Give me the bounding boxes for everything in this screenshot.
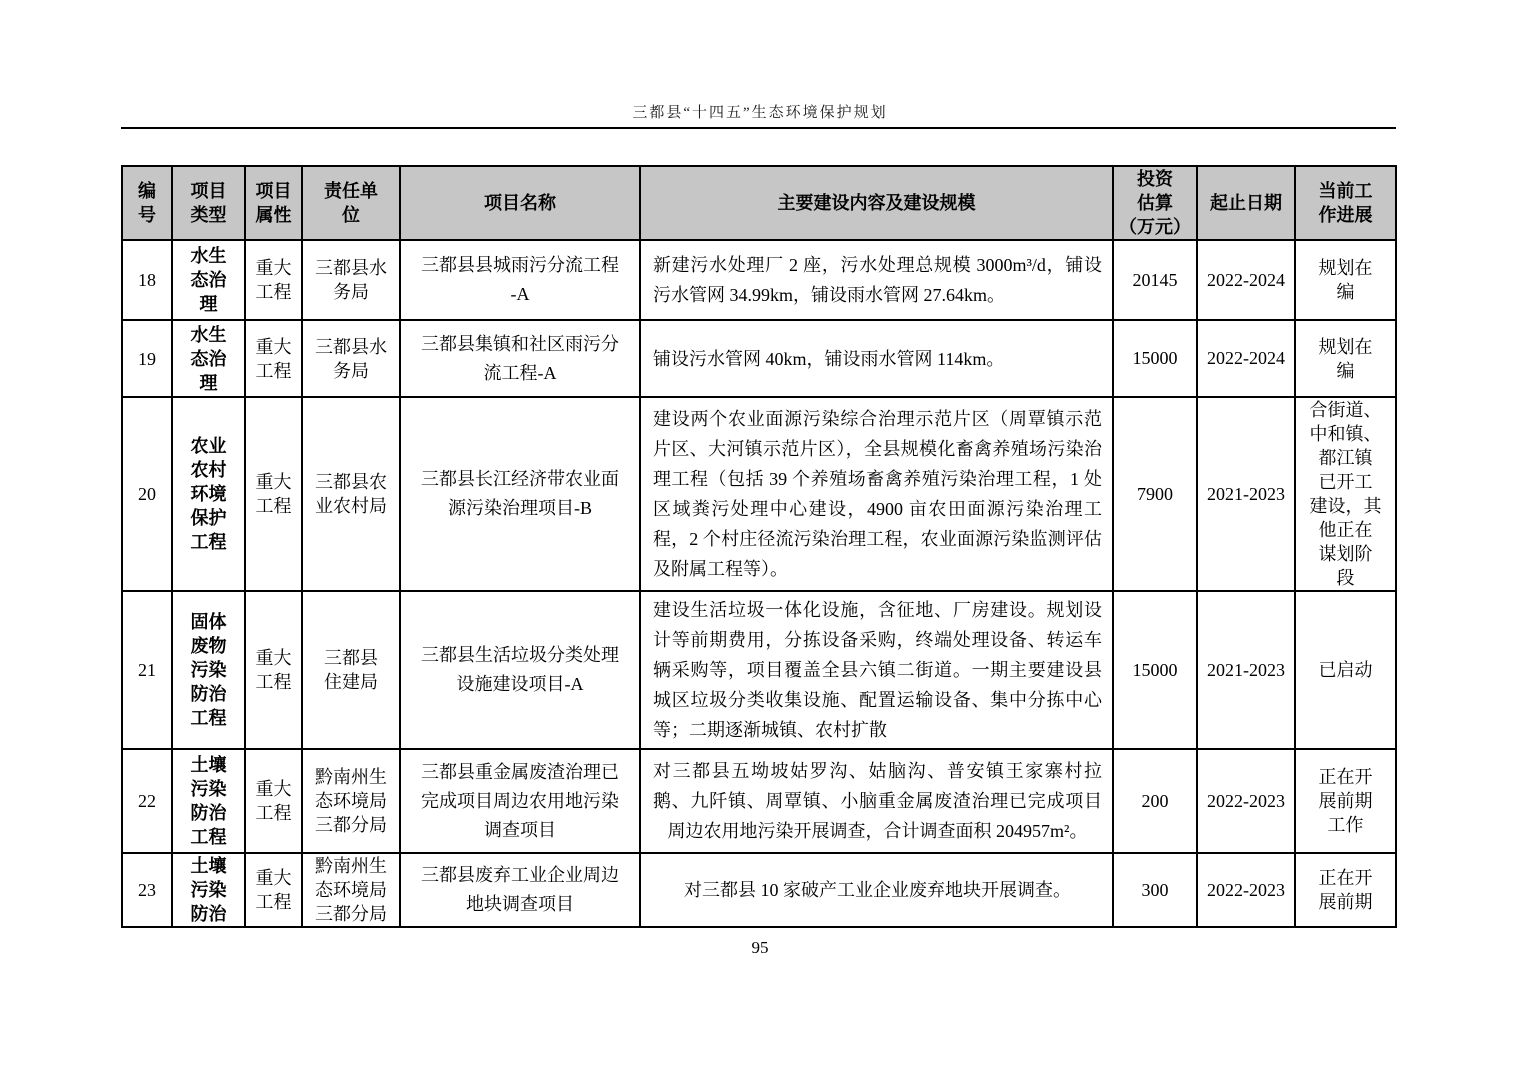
column-header-investment: 投资 估算 （万元） — [1113, 166, 1197, 240]
row20-unit-cell: 三都县农 业农村局 — [302, 397, 400, 591]
row19-dates-cell: 2022-2024 — [1197, 320, 1295, 397]
row22-progress-cell: 正在开 展前期 工作 — [1295, 749, 1396, 853]
row18-type-cell: 水生 态治 理 — [172, 240, 245, 320]
row21-type-cell: 固体 废物 污染 防治 工程 — [172, 591, 245, 749]
row22-dates-cell: 2022-2023 — [1197, 749, 1295, 853]
column-header-content: 主要建设内容及建设规模 — [640, 166, 1113, 240]
table-row-18: 18 水生 态治 理 重大 工程 三都县水 务局 三都县县城雨污分流工程 -A … — [122, 240, 1396, 320]
row21-dates-cell: 2021-2023 — [1197, 591, 1295, 749]
row18-name-cell: 三都县县城雨污分流工程 -A — [400, 240, 640, 320]
row21-id-cell: 21 — [122, 591, 172, 749]
row21-unit-cell: 三都县 住建局 — [302, 591, 400, 749]
row22-attribute-cell: 重大 工程 — [245, 749, 302, 853]
table-row-23: 23 土壤 污染 防治 重大 工程 黔南州生 态环境局 三都分局 三都县废弃工业… — [122, 853, 1396, 927]
table-row-20: 20 农业 农村 环境 保护 工程 重大 工程 三都县农 业农村局 三都县长江经… — [122, 397, 1396, 591]
row23-dates-cell: 2022-2023 — [1197, 853, 1295, 927]
column-header-progress: 当前工 作进展 — [1295, 166, 1396, 240]
row18-progress-cell: 规划在 编 — [1295, 240, 1396, 320]
row23-unit-cell: 黔南州生 态环境局 三都分局 — [302, 853, 400, 927]
row19-progress-cell: 规划在 编 — [1295, 320, 1396, 397]
row22-name-cell: 三都县重金属废渣治理已 完成项目周边农用地污染 调查项目 — [400, 749, 640, 853]
row18-dates-cell: 2022-2024 — [1197, 240, 1295, 320]
row19-content-cell: 铺设污水管网 40km，铺设雨水管网 114km。 — [640, 320, 1113, 397]
page-number: 95 — [0, 938, 1520, 958]
row20-type-cell: 农业 农村 环境 保护 工程 — [172, 397, 245, 591]
projects-table: 编 号 项目 类型 项目 属性 责任单 位 项目名称 主要建设内容及建设规模 投… — [121, 165, 1397, 928]
table-row-19: 19 水生 态治 理 重大 工程 三都县水 务局 三都县集镇和社区雨污分 流工程… — [122, 320, 1396, 397]
row22-investment-cell: 200 — [1113, 749, 1197, 853]
document-page: 三都县“十四五”生态环境保护规划 编 号 项目 类型 项目 属性 责任单 位 项… — [0, 0, 1520, 1074]
row21-progress-cell: 已启动 — [1295, 591, 1396, 749]
table-header-row: 编 号 项目 类型 项目 属性 责任单 位 项目名称 主要建设内容及建设规模 投… — [122, 166, 1396, 240]
column-header-unit: 责任单 位 — [302, 166, 400, 240]
row18-investment-cell: 20145 — [1113, 240, 1197, 320]
row23-id-cell: 23 — [122, 853, 172, 927]
row20-dates-cell: 2021-2023 — [1197, 397, 1295, 591]
table-row-21: 21 固体 废物 污染 防治 工程 重大 工程 三都县 住建局 三都县生活垃圾分… — [122, 591, 1396, 749]
row23-type-cell: 土壤 污染 防治 — [172, 853, 245, 927]
row20-id-cell: 20 — [122, 397, 172, 591]
row19-id-cell: 19 — [122, 320, 172, 397]
row20-content-cell: 建设两个农业面源污染综合治理示范片区（周覃镇示范片区、大河镇示范片区），全县规模… — [640, 397, 1113, 591]
row18-content-cell: 新建污水处理厂 2 座，污水处理总规模 3000m³/d，铺设污水管网 34.9… — [640, 240, 1113, 320]
row23-name-cell: 三都县废弃工业企业周边 地块调查项目 — [400, 853, 640, 927]
row20-investment-cell: 7900 — [1113, 397, 1197, 591]
row20-progress-cell: 合街道、 中和镇、 都江镇 已开工 建设，其 他正在 谋划阶 段 — [1295, 397, 1396, 591]
row21-attribute-cell: 重大 工程 — [245, 591, 302, 749]
row22-type-cell: 土壤 污染 防治 工程 — [172, 749, 245, 853]
document-header-title: 三都县“十四五”生态环境保护规划 — [0, 101, 1520, 122]
row22-unit-cell: 黔南州生 态环境局 三都分局 — [302, 749, 400, 853]
row22-content-cell: 对三都县五坳坡姑罗沟、姑脑沟、普安镇王家寨村拉鹅、九阡镇、周覃镇、小脑重金属废渣… — [640, 749, 1113, 853]
column-header-dates: 起止日期 — [1197, 166, 1295, 240]
row19-unit-cell: 三都县水 务局 — [302, 320, 400, 397]
row18-attribute-cell: 重大 工程 — [245, 240, 302, 320]
row19-type-cell: 水生 态治 理 — [172, 320, 245, 397]
row23-content-cell: 对三都县 10 家破产工业企业废弃地块开展调查。 — [640, 853, 1113, 927]
row21-investment-cell: 15000 — [1113, 591, 1197, 749]
row23-investment-cell: 300 — [1113, 853, 1197, 927]
row23-progress-cell: 正在开 展前期 — [1295, 853, 1396, 927]
column-header-attribute: 项目 属性 — [245, 166, 302, 240]
row20-attribute-cell: 重大 工程 — [245, 397, 302, 591]
row18-id-cell: 18 — [122, 240, 172, 320]
row21-content-cell: 建设生活垃圾一体化设施，含征地、厂房建设。规划设计等前期费用，分拣设备采购，终端… — [640, 591, 1113, 749]
row19-investment-cell: 15000 — [1113, 320, 1197, 397]
row18-unit-cell: 三都县水 务局 — [302, 240, 400, 320]
column-header-type: 项目 类型 — [172, 166, 245, 240]
row23-attribute-cell: 重大 工程 — [245, 853, 302, 927]
header-rule — [121, 127, 1396, 129]
column-header-id: 编 号 — [122, 166, 172, 240]
table-row-22: 22 土壤 污染 防治 工程 重大 工程 黔南州生 态环境局 三都分局 三都县重… — [122, 749, 1396, 853]
row22-id-cell: 22 — [122, 749, 172, 853]
row19-attribute-cell: 重大 工程 — [245, 320, 302, 397]
column-header-name: 项目名称 — [400, 166, 640, 240]
row20-name-cell: 三都县长江经济带农业面 源污染治理项目-B — [400, 397, 640, 591]
row21-name-cell: 三都县生活垃圾分类处理 设施建设项目-A — [400, 591, 640, 749]
row19-name-cell: 三都县集镇和社区雨污分 流工程-A — [400, 320, 640, 397]
